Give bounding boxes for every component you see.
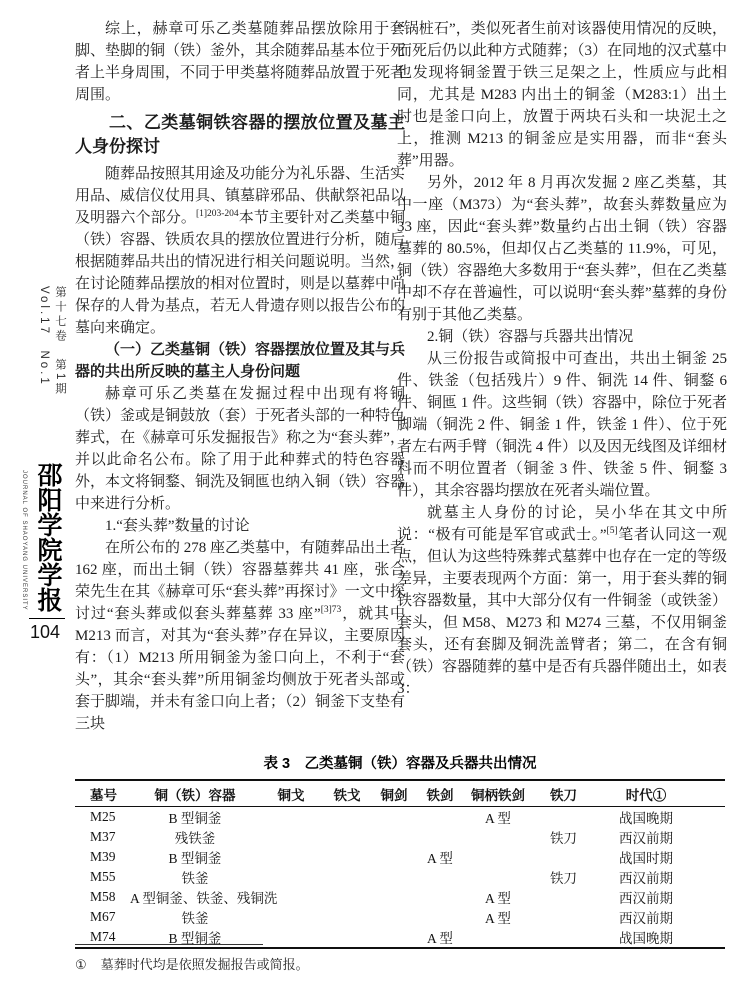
cell-vessel: 铁釜 [130, 907, 260, 927]
cell-era: 西汉前期 [595, 827, 725, 847]
cell-iron-knife [532, 907, 595, 927]
cell-bronze-hilt-iron-sword [464, 827, 532, 847]
cell-vessel: B 型铜釜 [130, 847, 260, 867]
paragraph-count-discussion: 在所公布的 278 座乙类墓中，有随葬品出土者 162 座，而出土铜（铁）容器墓… [75, 537, 405, 735]
paragraph-summary: 综上，赫章可乐乙类墓随葬品摆放除用于套脚、垫脚的铜（铁）釜外，其余随葬品基本位于… [75, 18, 405, 106]
footnote-text: 墓葬时代均是依照发掘报告或简报。 [101, 957, 309, 972]
citation-ref-5: [5] [607, 526, 618, 536]
paragraph-categories: 随葬品按照其用途及功能分为礼乐器、生活实用品、威信仪仗用具、镇墓辟邪品、供献祭祀… [75, 163, 405, 339]
cell-bronze-sword [372, 867, 416, 887]
column-header-iron-knife: 铁刀 [532, 780, 595, 807]
paragraph-continuation: “锅桩石”，类似死者生前对该器使用情况的反映，而死后仍以此种方式随葬；（3）在同… [397, 18, 727, 172]
cell-tomb-id: M58 [75, 887, 130, 907]
cell-bronze-ge [260, 847, 322, 867]
table-row: M39 B 型铜釜 A 型 战国时期 [75, 847, 725, 867]
cell-bronze-ge [260, 867, 322, 887]
cell-iron-sword [416, 867, 464, 887]
cell-tomb-id: M37 [75, 827, 130, 847]
cell-iron-sword [416, 907, 464, 927]
article-column-right: “锅桩石”，类似死者生前对该器使用情况的反映，而死后仍以此种方式随葬；（3）在同… [397, 18, 727, 700]
cell-bronze-hilt-iron-sword: A 型 [464, 887, 532, 907]
journal-title-english: JOURNAL OF SHAOYANG UNIVERSITY [21, 470, 27, 610]
footnote: ①墓葬时代均是依照发掘报告或简报。 [75, 954, 725, 973]
table-row: M37 残铁釜 铁刀 西汉前期 [75, 827, 725, 847]
journal-title: 邵阳学院学报 [30, 462, 66, 612]
cell-bronze-hilt-iron-sword [464, 847, 532, 867]
vessels-weapons-table: 墓号 铜（铁）容器 铜戈 铁戈 铜剑 铁剑 铜柄铁剑 铁刀 时代① M25 B … [75, 779, 725, 949]
table-row: M67 铁釜 A 型 西汉前期 [75, 907, 725, 927]
cell-iron-sword [416, 887, 464, 907]
column-header-bronze-sword: 铜剑 [372, 780, 416, 807]
cell-era: 西汉前期 [595, 867, 725, 887]
paragraph-text: ，就其中 M213 而言，对其为“套头葬”存在异议，主要原因有：（1）M213 … [75, 606, 405, 732]
paragraph-text: 本节主要针对乙类墓中铜（铁）容器、铁质农具的摆放位置进行分析，随后根据随葬品共出… [75, 210, 405, 336]
footnote-marker: ① [75, 957, 87, 972]
cell-bronze-sword [372, 847, 416, 867]
cell-tomb-id: M67 [75, 907, 130, 927]
cell-bronze-hilt-iron-sword: A 型 [464, 807, 532, 828]
cell-bronze-ge [260, 907, 322, 927]
cell-iron-ge [322, 807, 372, 828]
cell-iron-knife [532, 887, 595, 907]
subsection-heading-cooccurrence: 2.铜（铁）容器与兵器共出情况 [397, 326, 727, 348]
cell-iron-sword: A 型 [416, 847, 464, 867]
article-column-left: 综上，赫章可乐乙类墓随葬品摆放除用于套脚、垫脚的铜（铁）釜外，其余随葬品基本位于… [75, 18, 405, 735]
cell-vessel: 残铁釜 [130, 827, 260, 847]
cell-iron-sword [416, 827, 464, 847]
cell-bronze-ge [260, 827, 322, 847]
cell-iron-knife: 铁刀 [532, 867, 595, 887]
cell-bronze-hilt-iron-sword [464, 867, 532, 887]
cell-era: 西汉前期 [595, 887, 725, 907]
cell-iron-ge [322, 847, 372, 867]
paragraph-text: 笔者认同这一观点，但认为这些特殊葬式墓葬中也存在一定的等级差异，主要表现两个方面… [397, 527, 727, 697]
sidebar-volume-info: 第十七卷 第1期 Vol.17 No.1 [36, 286, 68, 436]
column-header-iron-ge: 铁戈 [322, 780, 372, 807]
column-header-iron-sword: 铁剑 [416, 780, 464, 807]
table-caption: 表 3 乙类墓铜（铁）容器及兵器共出情况 [75, 752, 725, 773]
cell-vessel: B 型铜釜 [130, 807, 260, 828]
cell-tomb-id: M25 [75, 807, 130, 828]
paragraph-vessel-stats: 从三份报告或简报中可查出，共出土铜釜 25 件、铁釜（包括残片）9 件、铜洗 1… [397, 348, 727, 502]
cell-bronze-ge [260, 807, 322, 828]
cell-era: 西汉前期 [595, 907, 725, 927]
cell-iron-knife [532, 807, 595, 828]
table-header-row: 墓号 铜（铁）容器 铜戈 铁戈 铜剑 铁剑 铜柄铁剑 铁刀 时代① [75, 780, 725, 807]
cell-vessel: A 型铜釜、铁釜、残铜洗 [130, 887, 260, 907]
cell-iron-ge [322, 867, 372, 887]
cell-bronze-sword [372, 807, 416, 828]
table-3-area: 表 3 乙类墓铜（铁）容器及兵器共出情况 墓号 铜（铁）容器 铜戈 铁戈 铜剑 … [75, 752, 725, 949]
cell-iron-ge [322, 907, 372, 927]
column-header-vessel: 铜（铁）容器 [130, 780, 260, 807]
cell-bronze-sword [372, 827, 416, 847]
cell-bronze-hilt-iron-sword: A 型 [464, 907, 532, 927]
page-number-divider [29, 618, 65, 619]
cell-era: 战国晚期 [595, 807, 725, 828]
table-row: M55 铁釜 铁刀 西汉前期 [75, 867, 725, 887]
paragraph-burial-style: 赫章可乐乙类墓在发掘过程中出现有将铜（铁）釜或是铜鼓放（套）于死者头部的一种特色… [75, 383, 405, 515]
section-heading-2: 二、乙类墓铜铁容器的摆放位置及墓主人身份探讨 [75, 111, 405, 159]
cell-iron-ge [322, 827, 372, 847]
cell-iron-knife [532, 847, 595, 867]
cell-bronze-sword [372, 907, 416, 927]
page-number: 104 [30, 622, 60, 643]
cell-tomb-id: M55 [75, 867, 130, 887]
cell-bronze-sword [372, 887, 416, 907]
cell-iron-knife: 铁刀 [532, 827, 595, 847]
cell-tomb-id: M39 [75, 847, 130, 867]
subsection-heading-1: （一）乙类墓铜（铁）容器摆放位置及其与兵器的共出所反映的墓主人身份问题 [75, 339, 405, 383]
column-header-tomb-id: 墓号 [75, 780, 130, 807]
journal-page: { "sidebar": { "volume_line": "第十七卷 第1期 … [0, 0, 750, 1000]
paragraph-2012-excavation: 另外，2012 年 8 月再次发掘 2 座乙类墓，其中一座（M373）为“套头葬… [397, 172, 727, 326]
citation-ref-1: [1]203-204 [196, 209, 239, 219]
paragraph-identity-discussion: 就墓主人身份的讨论，吴小华在其文中所说：“极有可能是军官或武士。”[5]笔者认同… [397, 502, 727, 700]
column-header-bronze-ge: 铜戈 [260, 780, 322, 807]
subsection-heading-count: 1.“套头葬”数量的讨论 [75, 515, 405, 537]
cell-era: 战国时期 [595, 847, 725, 867]
cell-iron-ge [322, 887, 372, 907]
citation-ref-3: [3]73 [321, 605, 342, 615]
column-header-era: 时代① [595, 780, 725, 807]
footnote-divider [75, 944, 263, 945]
table-row: M58 A 型铜釜、铁釜、残铜洗 A 型 西汉前期 [75, 887, 725, 907]
table-row: M25 B 型铜釜 A 型 战国晚期 [75, 807, 725, 828]
cell-iron-sword [416, 807, 464, 828]
footnote-area: ①墓葬时代均是依照发掘报告或简报。 [75, 944, 725, 973]
column-header-bronze-hilt-iron-sword: 铜柄铁剑 [464, 780, 532, 807]
cell-vessel: 铁釜 [130, 867, 260, 887]
